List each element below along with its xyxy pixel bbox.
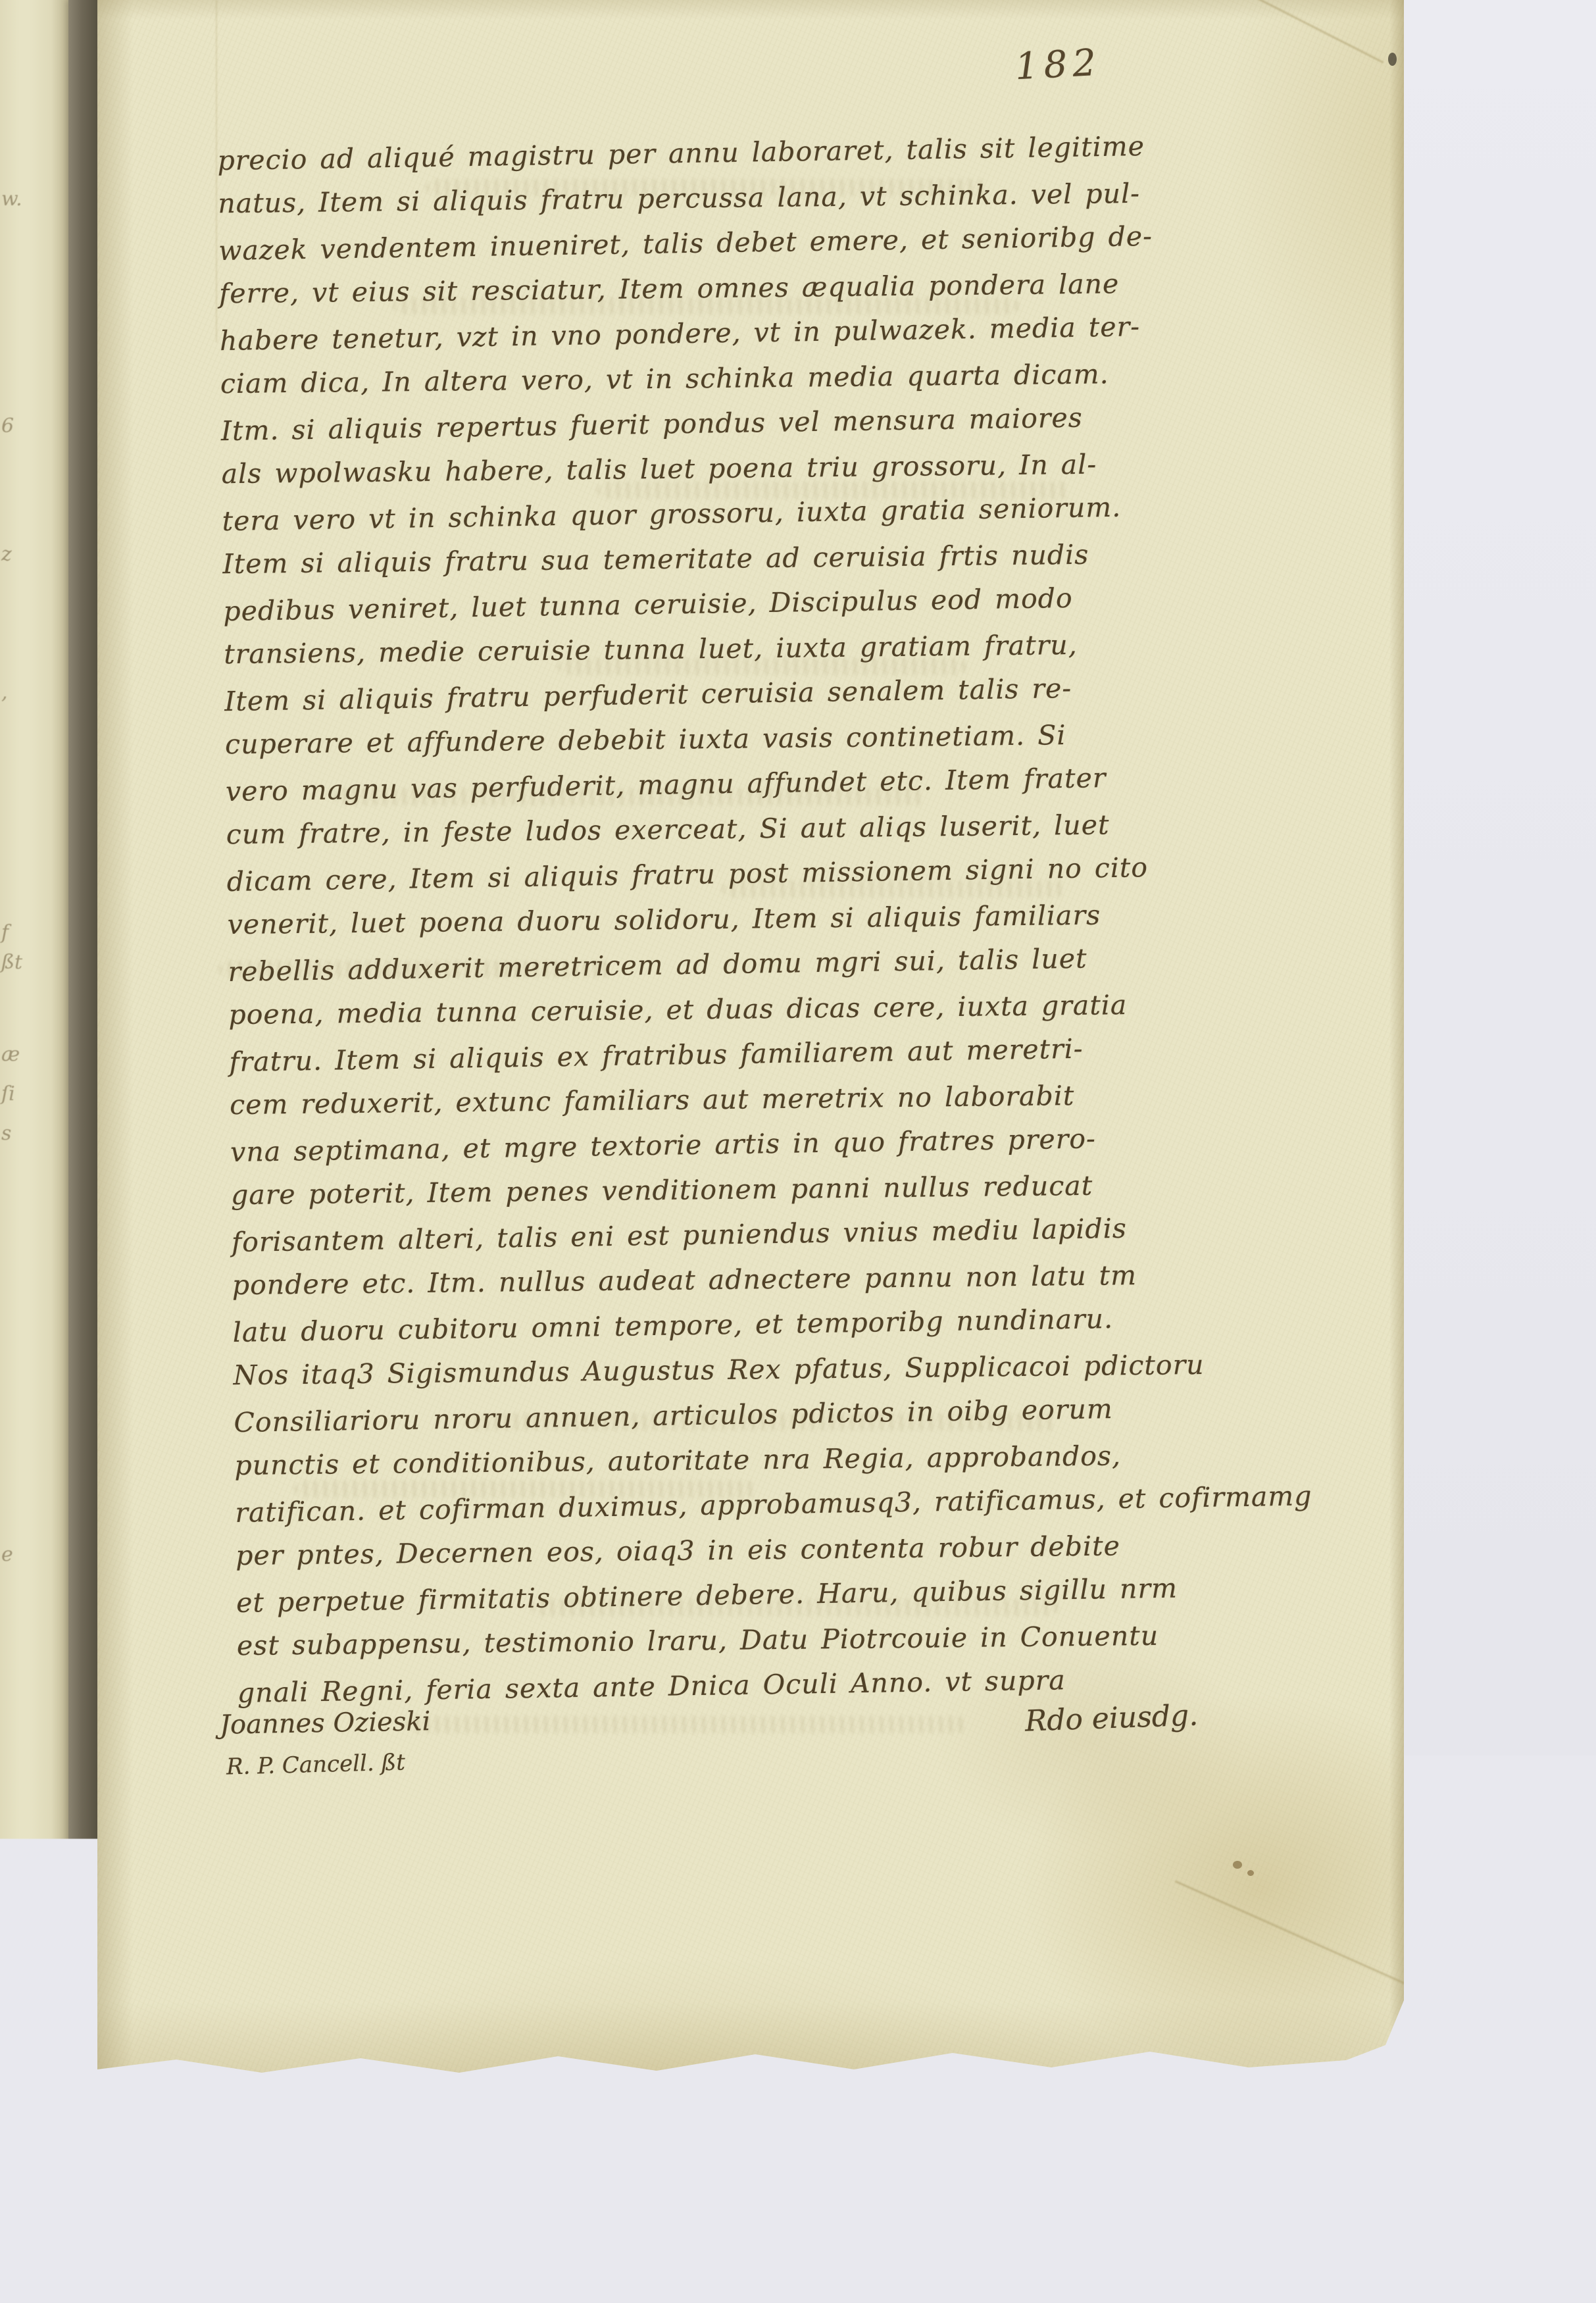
- margin-ghost-mark: f: [1, 921, 67, 944]
- manuscript-scan: w.6z,fßtæſise6 182 precio ad aliqué magi…: [0, 0, 1596, 2303]
- manuscript-page: 182 precio ad aliqué magistru per annu l…: [97, 0, 1404, 2074]
- margin-ghost-mark: 6: [1, 1984, 67, 2007]
- crease-line: [1175, 1881, 1434, 1998]
- margin-ghost-mark: ſi: [1, 1082, 67, 1105]
- crease-line: [1219, 0, 1384, 63]
- margin-ghost-mark: ,: [1, 681, 67, 704]
- margin-ghost-mark: e: [1, 1543, 67, 1566]
- signature-left-title: R. P. Cancell. ßt: [226, 1749, 406, 1780]
- page-edge-blot: [1388, 53, 1397, 66]
- binding-gutter: [68, 0, 99, 2303]
- showthrough-band: [407, 1716, 966, 1733]
- manuscript-lines: precio ad aliqué magistru per annu labor…: [217, 123, 1314, 1715]
- margin-ghost-mark: w.: [1, 188, 67, 211]
- margin-ghost-mark: æ: [1, 1043, 67, 1066]
- signature-right-mark: Rdo eiusdg.: [1024, 1698, 1199, 1738]
- folio-number: 182: [1014, 41, 1102, 89]
- margin-ghost-mark: 6: [1, 415, 67, 438]
- margin-ghost-mark: ßt: [1, 951, 67, 974]
- ink-speck: [1233, 1861, 1242, 1869]
- previous-page-edge: w.6z,fßtæſise6: [0, 0, 68, 2076]
- margin-ghost-mark: z: [1, 543, 67, 566]
- signature-left-name: Joannes Ozieski: [220, 1706, 431, 1740]
- margin-ghost-mark: s: [1, 1122, 67, 1145]
- ink-speck: [1247, 1870, 1254, 1876]
